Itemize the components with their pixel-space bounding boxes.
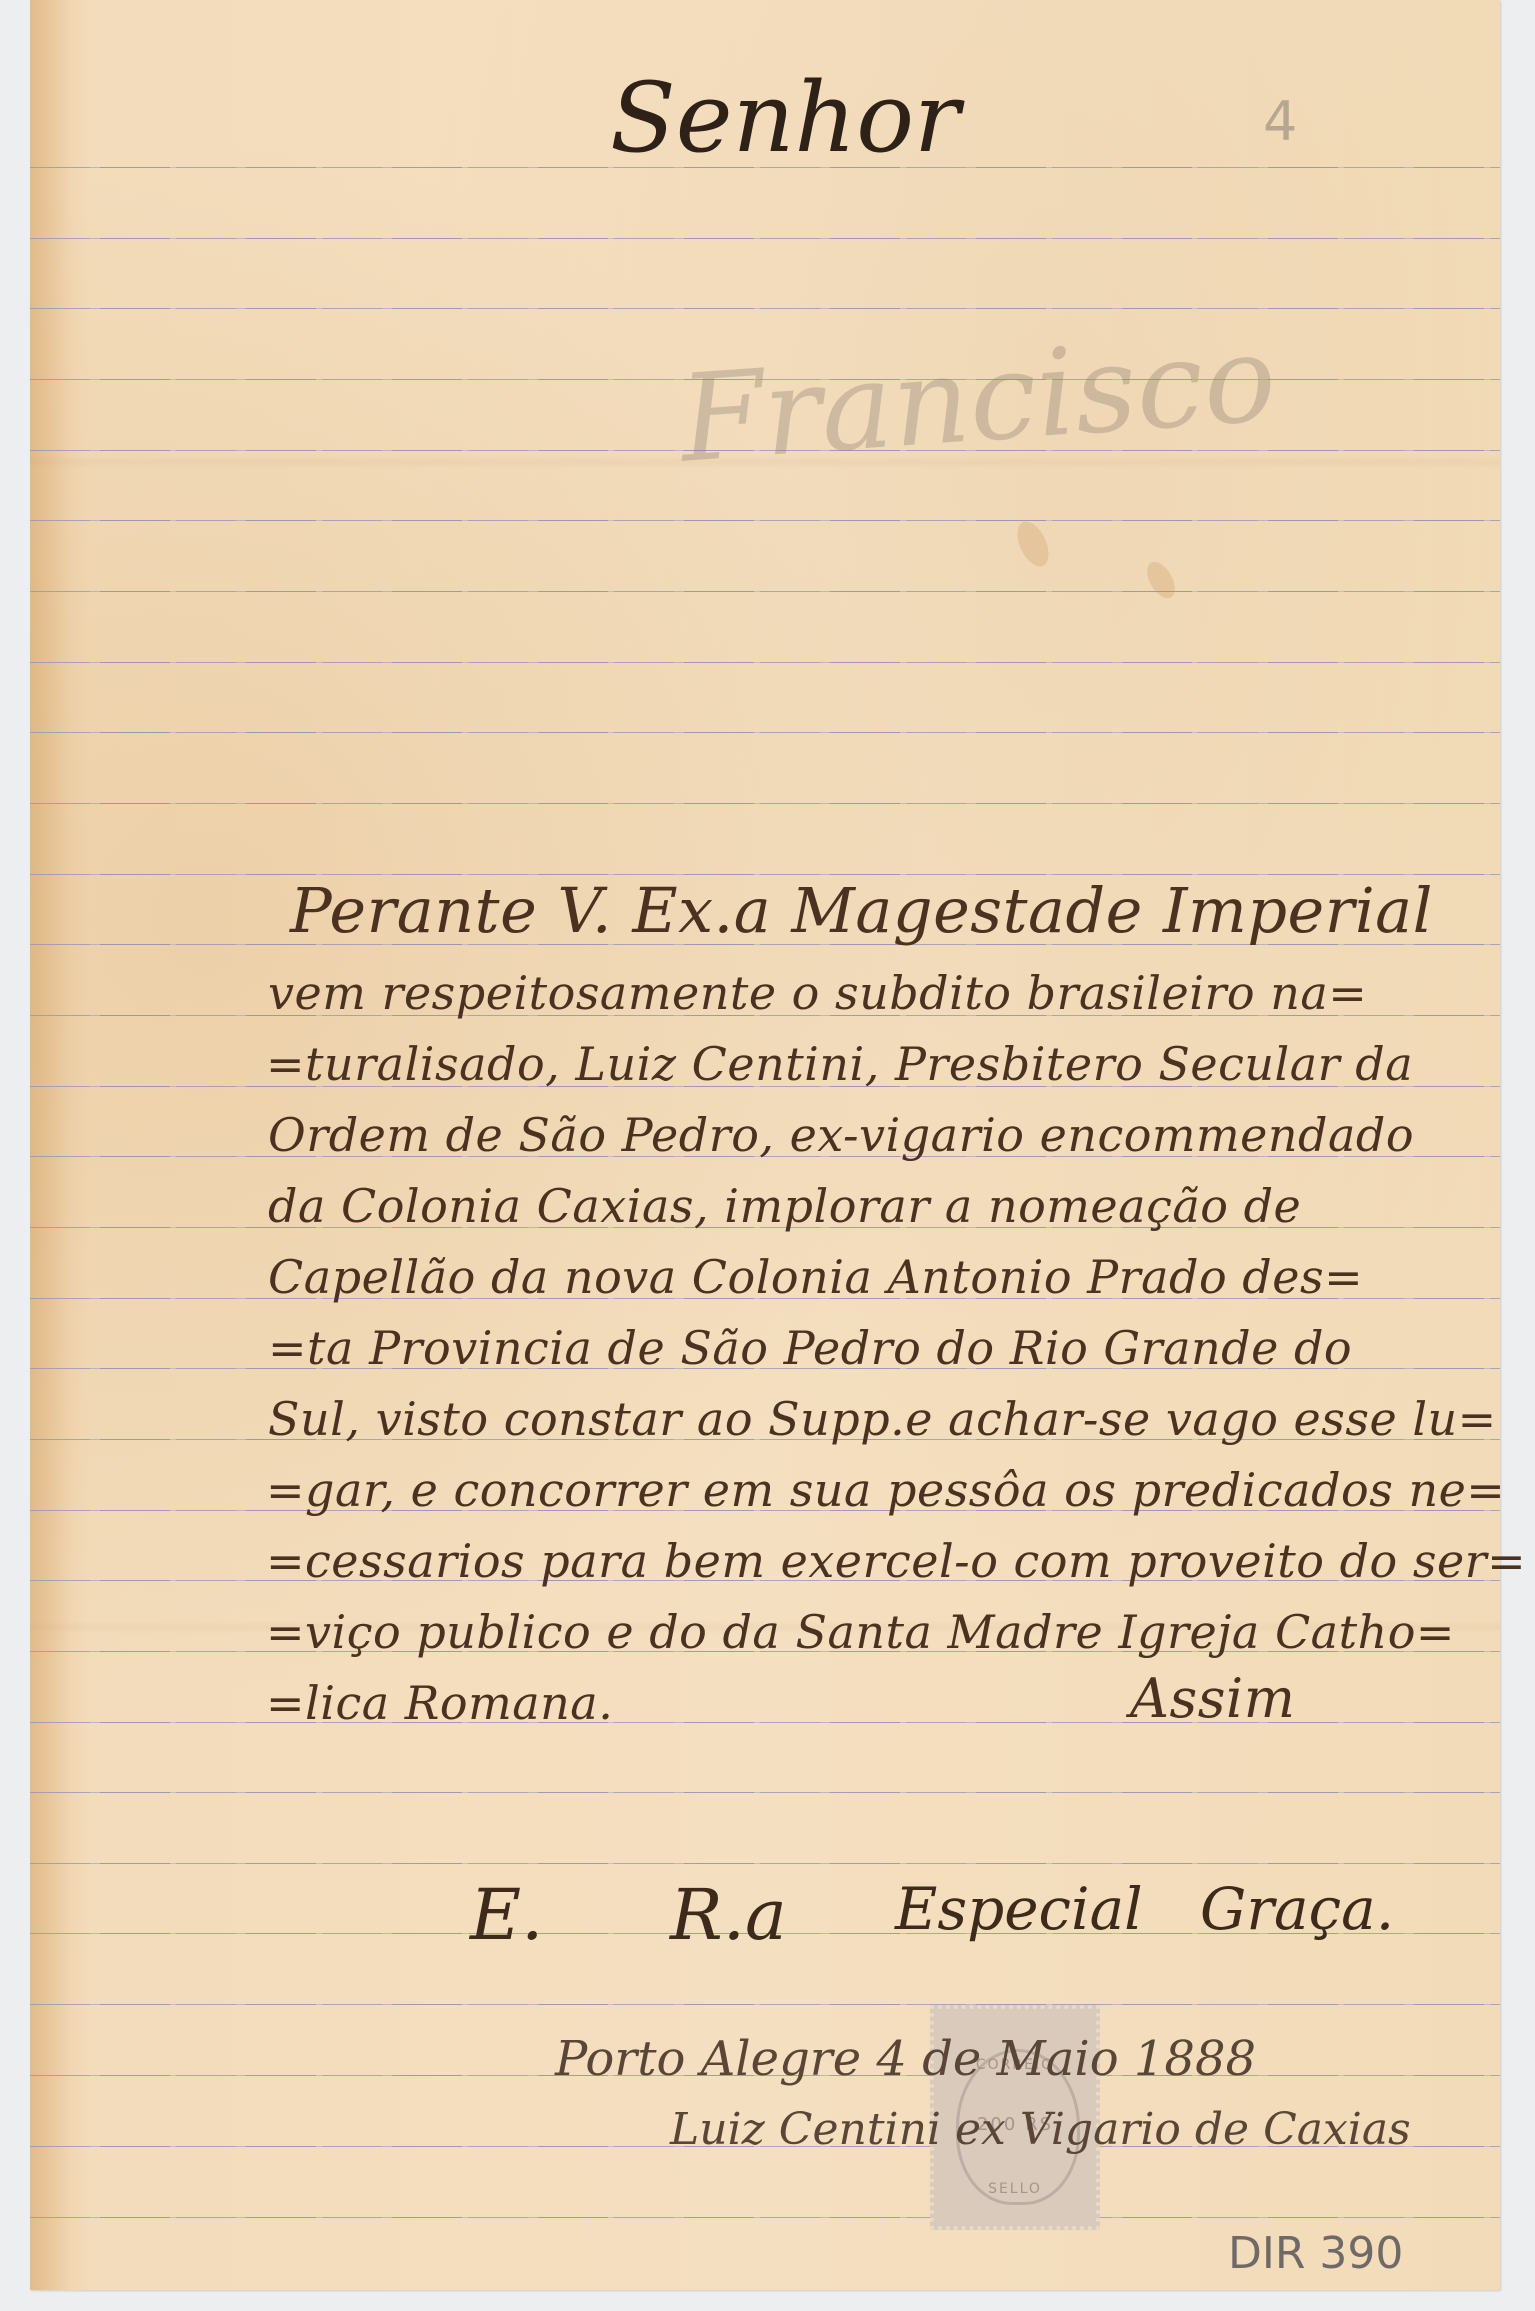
ruled-line (30, 2217, 1500, 2218)
ruled-line (30, 732, 1500, 733)
signature: Luiz Centini ex Vigario de Caxias (670, 2108, 1411, 2152)
body-line-4: Ordem de São Pedro, ex-vigario encommend… (268, 1112, 1414, 1158)
body-line-7: =ta Provincia de São Pedro do Rio Grande… (268, 1325, 1352, 1371)
ruled-line (30, 520, 1500, 521)
closing-word-assim: Assim (1130, 1672, 1295, 1726)
stamp-label-bottom: SELLO (934, 2181, 1096, 2197)
body-line-10: =cessarios para bem exercel-o com provei… (266, 1538, 1526, 1584)
stain (1011, 517, 1055, 571)
salutation-heading: Senhor (610, 70, 960, 166)
body-line-6: Capellão da nova Colonia Antonio Prado d… (268, 1254, 1363, 1300)
stain (1141, 557, 1180, 603)
ruled-line (30, 803, 1500, 804)
pencil-page-number: 4 (1263, 90, 1297, 153)
archive-reference: DIR 390 (1228, 2228, 1403, 2279)
ruled-line (30, 2004, 1500, 2005)
body-line-9: =gar, e concorrer em sua pessôa os predi… (266, 1467, 1505, 1513)
ruled-line (30, 662, 1500, 663)
body-line-1: Perante V. Ex.a Magestade Imperial (290, 880, 1433, 942)
place-date: Porto Alegre 4 de Maio 1888 (555, 2035, 1256, 2083)
body-line-5: da Colonia Caxias, implorar a nomeação d… (268, 1183, 1301, 1229)
ruled-line (30, 238, 1500, 239)
ruled-line (30, 1863, 1500, 1864)
body-line-8: Sul, visto constar ao Supp.e achar-se va… (268, 1396, 1497, 1442)
closing-E: E. (470, 1880, 543, 1950)
body-line-3: =turalisado, Luiz Centini, Presbitero Se… (266, 1041, 1413, 1087)
closing-Ra: R.a (670, 1880, 787, 1950)
body-line-12: =lica Romana. (266, 1680, 613, 1726)
ruled-line (30, 308, 1500, 309)
closing-graca: Graça. (1200, 1880, 1394, 1938)
closing-especial: Especial (895, 1880, 1143, 1938)
ruled-line (30, 591, 1500, 592)
body-line-11: =viço publico e do da Santa Madre Igreja… (266, 1609, 1455, 1655)
ruled-line (30, 1792, 1500, 1793)
body-line-2: vem respeitosamente o subdito brasileiro… (268, 970, 1367, 1016)
